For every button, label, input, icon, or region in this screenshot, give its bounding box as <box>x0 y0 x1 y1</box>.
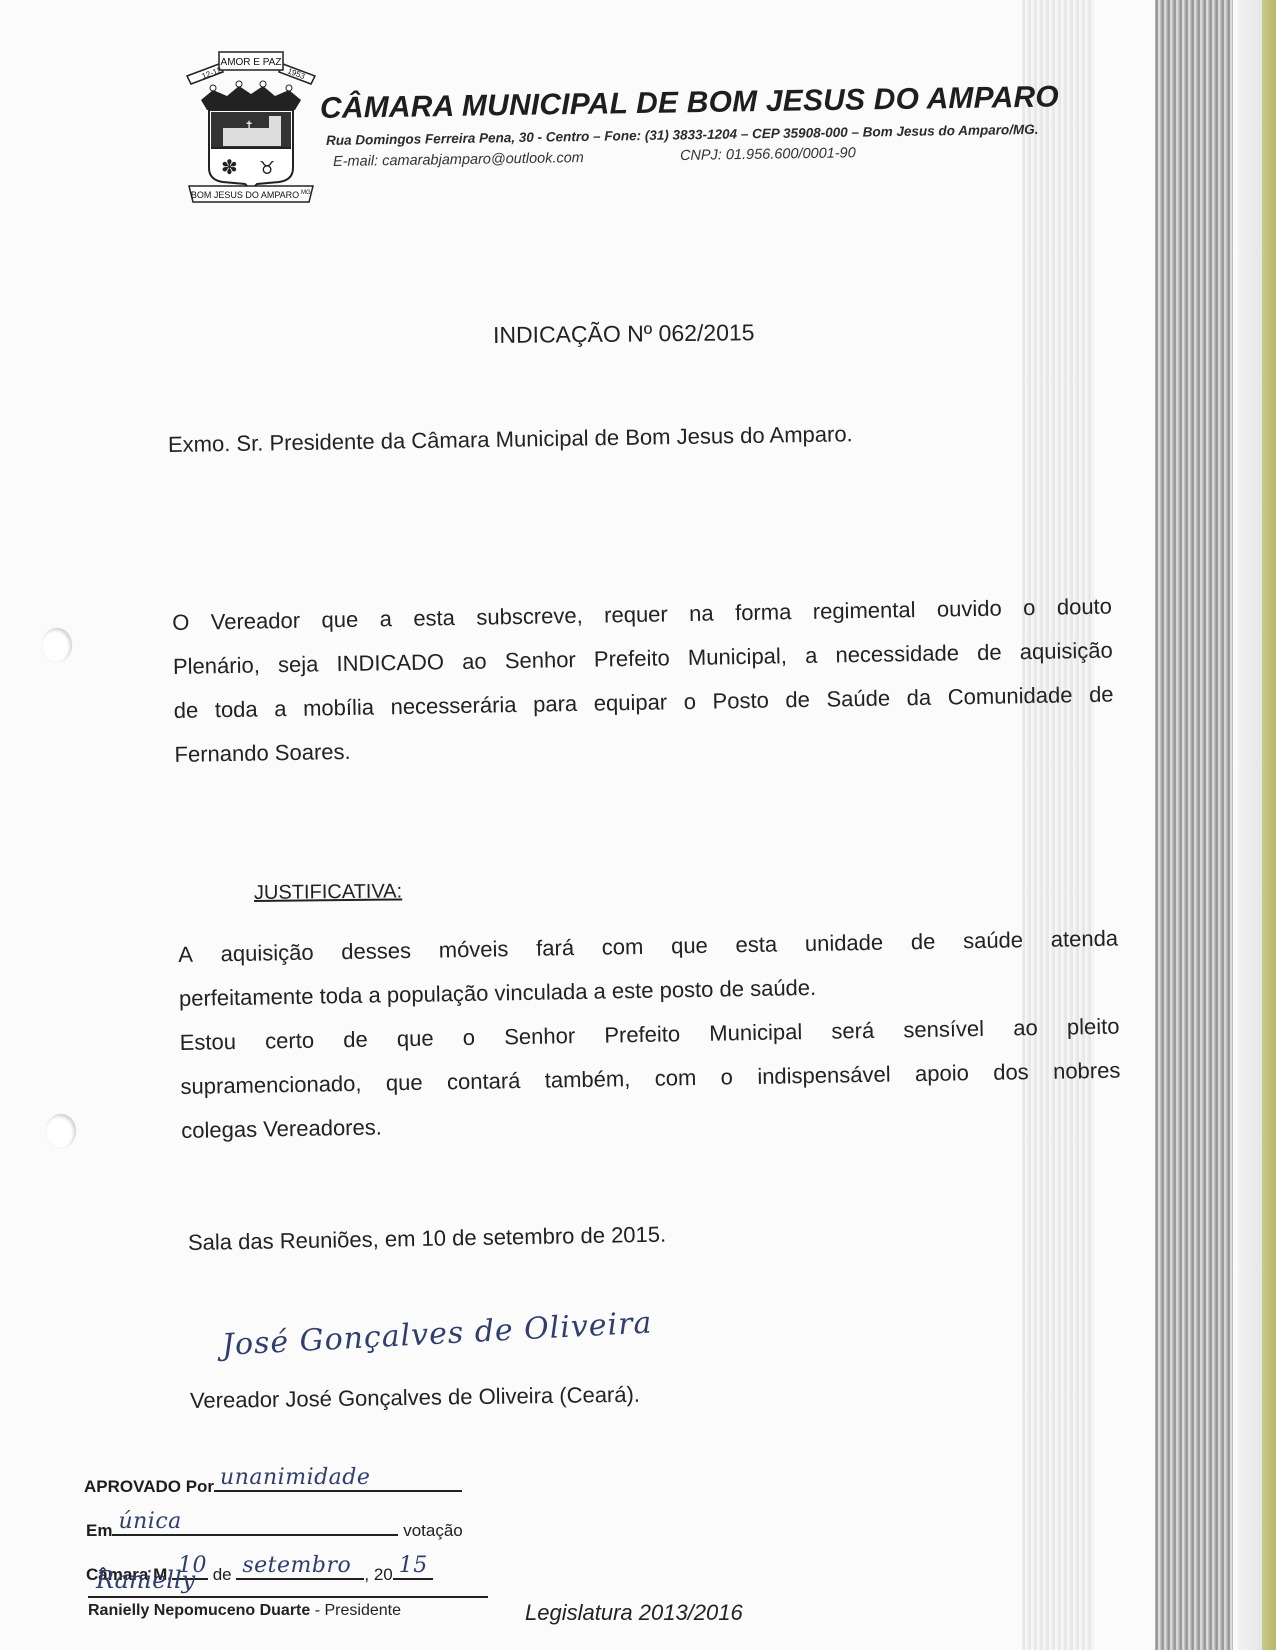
word: Comunidade <box>948 682 1073 710</box>
vote-label: votação <box>403 1521 463 1540</box>
word: com <box>602 934 644 961</box>
approved-by-value: unanimidade <box>220 1465 370 1490</box>
scan-artifact-band <box>1022 0 1094 1650</box>
president-signature: Ranielly <box>96 1566 195 1594</box>
word: indispensável <box>757 1062 891 1090</box>
svg-text:✝: ✝ <box>245 120 253 131</box>
approval-vote-row: Emúnica votação <box>86 1514 463 1541</box>
legislature-label: Legislatura 2013/2016 <box>525 1600 743 1626</box>
scan-artifact-band-dark <box>1155 0 1233 1650</box>
word: Senhor <box>505 647 576 674</box>
body-paragraph: OVereadorqueaestasubscreve,requernaforma… <box>172 594 1115 786</box>
word: atenda <box>1051 926 1119 953</box>
word: o <box>720 1064 733 1090</box>
word: regimental <box>813 597 916 625</box>
word: requer <box>604 601 668 628</box>
word: também, <box>545 1066 631 1093</box>
word: será <box>831 1018 874 1045</box>
word: ouvido <box>937 596 1002 623</box>
justification-line-text: colegas Vereadores. <box>181 1114 382 1143</box>
word: Prefeito <box>604 1021 680 1048</box>
word: esta <box>413 605 455 632</box>
word: o <box>1023 595 1036 621</box>
word: nobres <box>1053 1058 1121 1085</box>
place-and-date: Sala das Reuniões, em 10 de setembro de … <box>188 1222 667 1256</box>
word: necesserária <box>390 692 516 720</box>
word: A <box>178 942 193 968</box>
word: forma <box>735 599 792 626</box>
in-label: Em <box>86 1521 112 1540</box>
word: mobília <box>303 694 374 721</box>
word: na <box>689 601 714 627</box>
word: Vereador <box>211 608 301 636</box>
word: de <box>911 929 936 955</box>
svg-text:✽: ✽ <box>221 155 238 179</box>
word: Municipal <box>709 1019 802 1047</box>
word: Prefeito <box>594 645 670 672</box>
word: com <box>655 1065 697 1092</box>
word: a <box>379 606 392 632</box>
word: ao <box>462 649 487 675</box>
word: o <box>683 689 696 715</box>
year-value: 15 <box>399 1553 428 1578</box>
word: de <box>174 698 199 724</box>
word: que <box>321 607 358 634</box>
word: Municipal, <box>688 643 787 671</box>
word: Plenário, <box>173 652 260 680</box>
word: de <box>343 1027 368 1053</box>
document-title: INDICAÇÃO Nº 062/2015 <box>493 319 755 349</box>
year-prefix: 20 <box>374 1565 393 1584</box>
svg-text:♉: ♉ <box>259 158 275 179</box>
word: INDICADO <box>336 649 444 677</box>
word: supramencionado, <box>180 1071 361 1100</box>
organization-email: E-mail: camarabjamparo@outlook.com <box>333 150 584 170</box>
approval-by-row: APROVADO Porunanimidade <box>84 1470 462 1497</box>
word: equipar <box>594 689 668 716</box>
word: a <box>805 643 818 669</box>
month-value: setembro <box>242 1553 351 1578</box>
word: esta <box>735 932 777 959</box>
word: Estou <box>180 1029 237 1056</box>
word: que <box>397 1026 434 1053</box>
approved-by-label: APROVADO Por <box>84 1477 214 1496</box>
word: saúde <box>963 927 1023 954</box>
svg-text:BOM JESUS DO AMPARO: BOM JESUS DO AMPARO <box>191 190 299 200</box>
word: subscreve, <box>476 603 583 631</box>
word: desses <box>341 938 411 965</box>
year-field[interactable]: 15 <box>393 1558 433 1580</box>
salutation: Exmo. Sr. Presidente da Câmara Municipal… <box>168 421 853 458</box>
word: para <box>533 691 577 718</box>
coat-of-arms-icon: AMOR E PAZ 12-12 1953 ✝ ✽ ♉ BOM JESUS DO… <box>183 48 319 204</box>
word: aquisição <box>220 940 313 968</box>
word: ao <box>1013 1015 1038 1041</box>
svg-text:AMOR E PAZ: AMOR E PAZ <box>221 57 282 68</box>
word: certo <box>265 1028 314 1055</box>
word: pleito <box>1067 1014 1120 1041</box>
word: a <box>274 696 287 722</box>
hole-punch <box>46 1114 76 1148</box>
signature-line <box>88 1596 488 1598</box>
body-line-text: Fernando Soares. <box>174 739 351 768</box>
signer-name: Vereador José Gonçalves de Oliveira (Cea… <box>190 1382 640 1414</box>
word: O <box>172 610 190 636</box>
justification-heading: JUSTIFICATIVA: <box>254 880 402 905</box>
organization-cnpj: CNPJ: 01.956.600/0001-90 <box>680 145 856 164</box>
word: toda <box>215 697 258 724</box>
word: seja <box>278 651 319 678</box>
word: de <box>977 640 1002 666</box>
vote-type-field[interactable]: única <box>112 1514 398 1536</box>
hole-punch <box>42 628 72 662</box>
word: apoio <box>915 1060 969 1087</box>
approved-by-field[interactable]: unanimidade <box>214 1470 462 1492</box>
organization-name: CÂMARA MUNICIPAL DE BOM JESUS DO AMPARO <box>320 80 1059 126</box>
word: sensível <box>903 1016 984 1043</box>
justification-paragraph: Aaquisiçãodessesmóveisfarácomqueestaunid… <box>178 926 1122 1162</box>
word: da <box>906 685 931 711</box>
word: de <box>1089 682 1114 708</box>
word: o <box>463 1025 476 1051</box>
word: unidade <box>805 930 884 957</box>
word: que <box>386 1070 423 1097</box>
page-edge-background <box>1262 0 1276 1650</box>
word: fará <box>536 935 574 962</box>
word: douto <box>1057 594 1113 621</box>
month-field[interactable]: setembro <box>236 1558 364 1580</box>
president-name: Ranielly Nepomuceno Duarte <box>88 1602 310 1619</box>
word: dos <box>993 1059 1029 1086</box>
word: Saúde <box>826 685 890 712</box>
svg-text:MG: MG <box>301 190 311 196</box>
president-role: - Presidente <box>310 1602 401 1619</box>
vote-type-value: única <box>118 1509 181 1534</box>
word: necessidade <box>835 640 959 668</box>
word: de <box>785 687 810 713</box>
councilman-signature: José Gonçalves de Oliveira <box>221 1305 653 1363</box>
word: contará <box>447 1068 521 1095</box>
organization-address: Rua Domingos Ferreira Pena, 30 - Centro … <box>326 122 1039 148</box>
word: móveis <box>439 936 509 963</box>
word: Posto <box>712 688 769 715</box>
de-label: de <box>213 1565 232 1584</box>
page-edge-shadow <box>1238 0 1262 1650</box>
word: aquisição <box>1020 638 1113 666</box>
president-name-line: Ranielly Nepomuceno Duarte - Presidente <box>88 1602 401 1620</box>
word: que <box>671 933 708 960</box>
svg-text:12-12: 12-12 <box>201 65 224 81</box>
word: Senhor <box>504 1023 575 1050</box>
